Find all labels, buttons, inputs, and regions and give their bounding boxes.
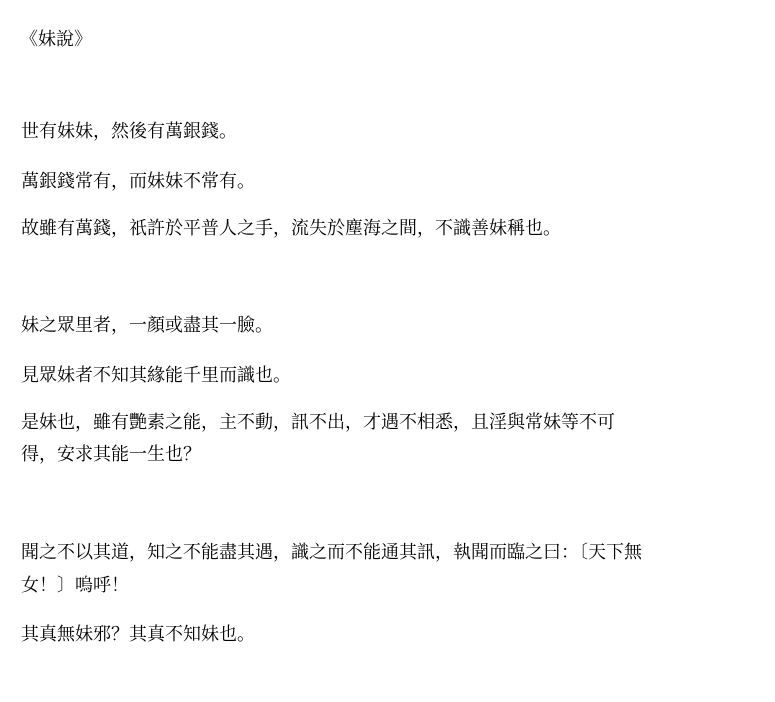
paragraph-2-line-2: 見眾妹者不知其緣能千里而識也。 — [21, 362, 291, 390]
paragraph-1-line-2: 萬銀錢常有，而妹妹不常有。 — [21, 168, 255, 196]
paragraph-3-line-1: 聞之不以其道，知之不能盡其遇，識之而不能通其訊，執聞而臨之曰：〔天下無 — [21, 539, 642, 567]
paragraph-3-line-2: 女！〕嗚呼！ — [21, 572, 129, 600]
paragraph-3-line-3: 其真無妹邪？其真不知妹也。 — [21, 621, 255, 649]
paragraph-1-line-3: 故雖有萬錢，祇許於平普人之手，流失於塵海之間，不識善妹稱也。 — [21, 215, 561, 243]
paragraph-2-line-3: 是妹也，雖有艷素之能，主不動，訊不出，才遇不相悉，且淫與常妹等不可 — [21, 409, 615, 437]
paragraph-1-line-1: 世有妹妹，然後有萬銀錢。 — [21, 118, 237, 146]
document-title: 《妹說》 — [20, 26, 92, 54]
paragraph-2-line-1: 妹之眾里者，一顏或盡其一臉。 — [21, 312, 273, 340]
paragraph-2-line-4: 得，安求其能一生也？ — [21, 441, 201, 469]
document-page: 《妹說》 世有妹妹，然後有萬銀錢。 萬銀錢常有，而妹妹不常有。 故雖有萬錢，祇許… — [0, 0, 775, 702]
